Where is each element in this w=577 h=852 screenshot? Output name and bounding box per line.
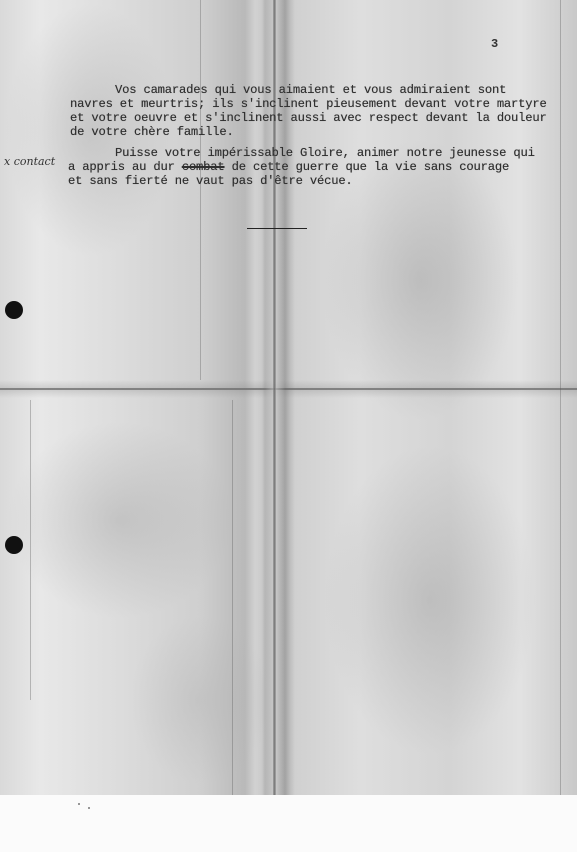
paragraph-2-line-3: et sans fierté ne vaut pas d'être vécue.: [68, 174, 353, 188]
speck: [88, 807, 90, 809]
line-2-text-after: de cette guerre que la vie sans courage: [225, 160, 510, 174]
paragraph-2-line-1: Puisse votre impérissable Gloire, animer…: [115, 146, 535, 160]
page-bottom-margin: [0, 795, 577, 852]
punch-hole-bottom: [5, 536, 23, 554]
paragraph-1-line-4: de votre chère famille.: [70, 125, 234, 139]
paper-crease: [560, 0, 561, 795]
page-number: 3: [491, 37, 498, 51]
speck: [78, 803, 80, 805]
scanned-letter-page: 3 Vos camarades qui vous aimaient et vou…: [0, 0, 577, 795]
paragraph-1-line-2: navres et meurtris; ils s'inclinent pieu…: [70, 97, 547, 111]
line-2-text-before: a appris au dur: [68, 160, 182, 174]
paper-crease: [30, 400, 31, 700]
paragraph-2-line-2: a appris au dur combat de cette guerre q…: [68, 160, 509, 174]
struck-out-word: combat: [182, 160, 225, 174]
handwritten-margin-note: x contact: [4, 155, 55, 168]
separator-rule: [247, 228, 307, 229]
paragraph-1-line-1: Vos camarades qui vous aimaient et vous …: [115, 83, 506, 97]
paper-crease: [200, 0, 201, 380]
paper-crease: [232, 400, 233, 795]
punch-hole-top: [5, 301, 23, 319]
paragraph-1-line-3: et votre oeuvre et s'inclinent aussi ave…: [70, 111, 547, 125]
